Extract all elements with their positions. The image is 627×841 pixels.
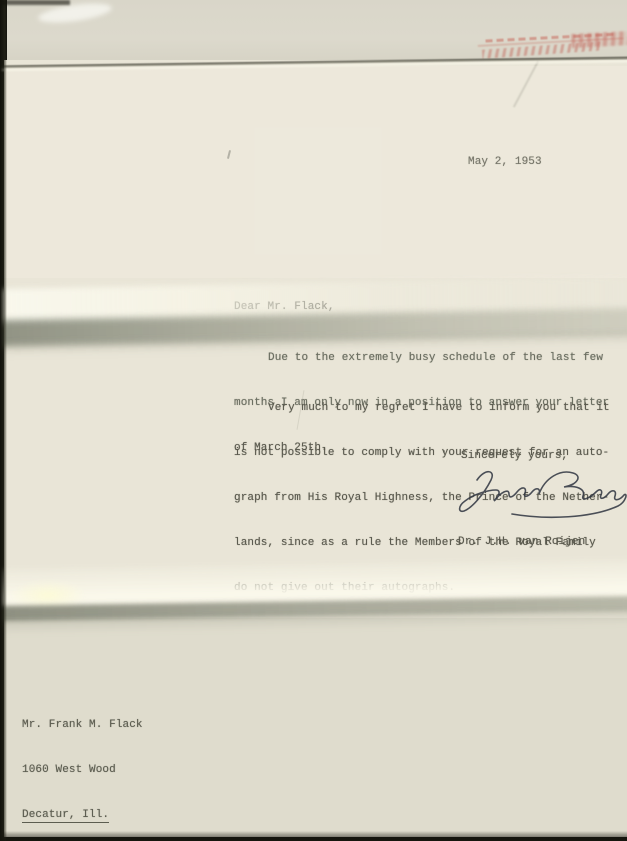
closing: Sincerely yours, xyxy=(461,449,568,464)
recipient-city: Decatur, Ill. xyxy=(22,808,143,823)
ink-speck xyxy=(443,450,445,453)
recipient-street: 1060 West Wood xyxy=(22,763,143,778)
photo-edge-left xyxy=(0,0,7,841)
body-line: do not give out their autographs. xyxy=(234,581,624,596)
recipient-name: Mr. Frank M. Flack xyxy=(22,718,143,733)
recipient-address: Mr. Frank M. Flack 1060 West Wood Decatu… xyxy=(22,688,143,838)
letter-date: May 2, 1953 xyxy=(468,155,542,170)
body-line: Very much to my regret I have to inform … xyxy=(234,401,624,416)
photo-edge-bottom xyxy=(0,831,627,841)
signature-handwritten xyxy=(452,466,627,526)
photo-edge-top xyxy=(0,0,70,5)
signer-name: Dr. J.H. van Roijen xyxy=(458,535,585,550)
body-line: Due to the extremely busy schedule of th… xyxy=(234,351,624,366)
signature-stroke xyxy=(460,472,626,518)
salutation: Dear Mr. Flack, xyxy=(234,300,335,315)
stamp-right-smudge xyxy=(571,31,627,48)
